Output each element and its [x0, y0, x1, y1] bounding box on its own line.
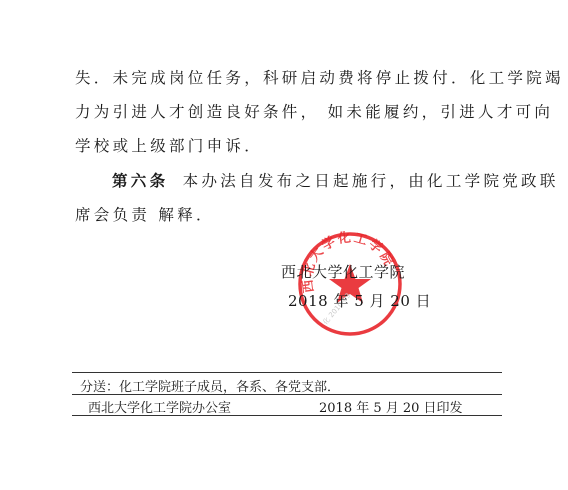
- footer-distribution: 分送：化工学院班子成员，各系、各党支部．: [80, 376, 340, 395]
- footer-issuer: 西北大学化工学院办公室: [88, 397, 231, 416]
- article-6-line-1: 第六条 本办法自发布之日起施行，由化工学院党政联: [112, 169, 559, 191]
- article-6-text: 本办法自发布之日起施行，由化工学院党政联: [183, 172, 559, 190]
- footer-rule-middle: [72, 394, 502, 395]
- body-line-1: 失．未完成岗位任务，科研启动费将停止拨付．化工学院竭: [75, 66, 564, 88]
- official-seal-icon: 西北大学化工学院 化 2010-09: [296, 230, 404, 338]
- body-line-3: 学校或上级部门申诉．: [75, 134, 263, 156]
- article-6-label: 第六条: [112, 172, 168, 190]
- footer-rule-bottom: [72, 415, 502, 416]
- signature-date: 2018 年 5 月 20 日: [288, 290, 431, 311]
- article-6-line-2: 席会负责 解释．: [75, 203, 215, 225]
- footer-rule-top: [72, 372, 502, 373]
- signature-org: 西北大学化工学院: [281, 261, 405, 282]
- footer-issue-date: 2018 年 5 月 20 日印发: [319, 397, 463, 416]
- body-line-2: 力为引进人才创造良好条件， 如未能履约，引进人才可向: [75, 100, 553, 122]
